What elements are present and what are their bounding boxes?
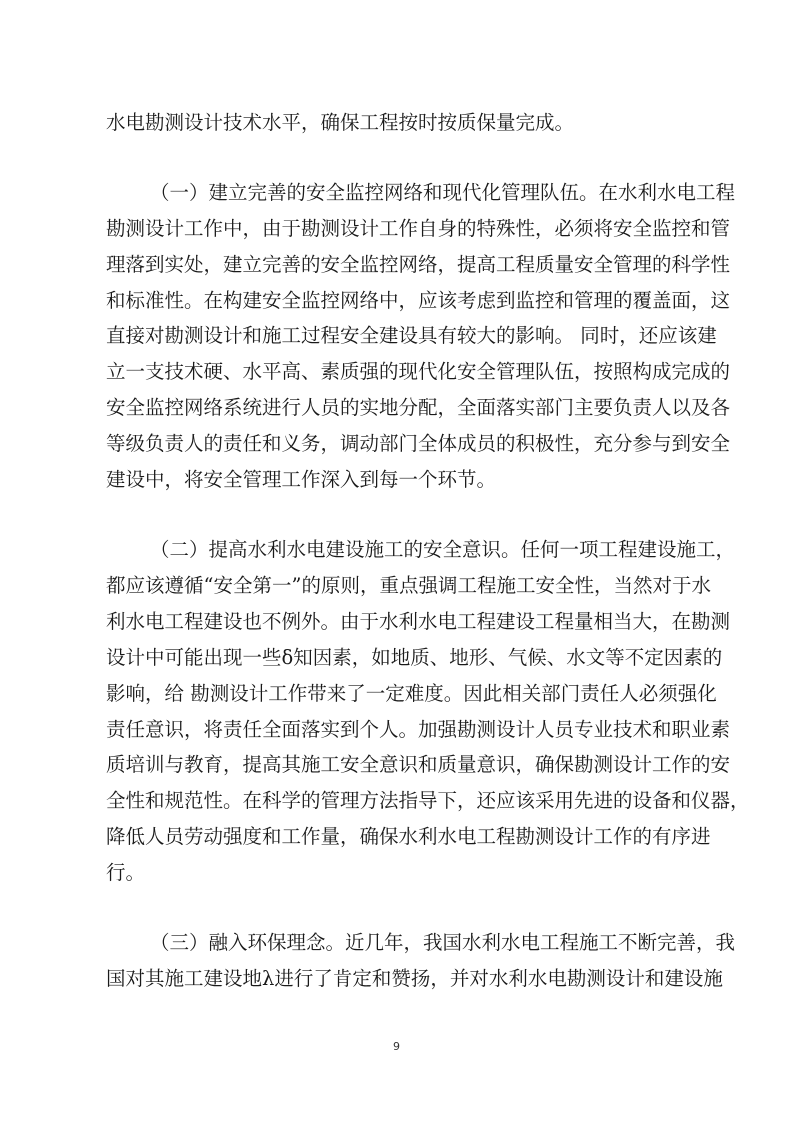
- paragraph-line: 利水电工程建设也不例外。由于水利水电工程建设工程量相当大，在勘测: [106, 604, 692, 640]
- paragraph-line: 立一支技术硬、水平高、素质强的现代化安全管理队伍，按照构成完成的: [106, 354, 692, 390]
- paragraph-first-line: （一）建立完善的安全监控网络和现代化管理队伍。在水利水电工程: [106, 175, 692, 211]
- paragraph-line: 设计中可能出现一些δ知因素，如地质、地形、气候、水文等不定因素的: [106, 640, 692, 676]
- paragraph-line: 降低人员劳动强度和工作量，确保水利水电工程勘测设计工作的有序进: [106, 819, 692, 855]
- paragraph-line: 建设中，将安全管理工作深入到每一个环节。: [106, 462, 692, 498]
- paragraph-first-line: （三）融入环保理念。近几年，我国水利水电工程施工不断完善，我: [106, 925, 692, 961]
- paragraph-line: 安全监控网络系统进行人员的实地分配，全面落实部门主要负责人以及各: [106, 390, 692, 426]
- paragraph-line: 影响，给 勘测设计工作带来了一定难度。因此相关部门责任人必须强化: [106, 676, 692, 712]
- paragraph-line: 责任意识，将责任全面落实到个人。加强勘测设计人员专业技术和职业素: [106, 712, 692, 748]
- paragraph-line: 都应该遵循“安全第一”的原则，重点强调工程施工安全性，当然对于水: [106, 568, 692, 604]
- paragraph-line: 行。: [106, 855, 692, 891]
- paragraph-first-line: （二）提高水利水电建设施工的安全意识。任何一项工程建设施工，: [106, 532, 692, 568]
- paragraph-line: 全性和规范性。在科学的管理方法指导下，还应该采用先进的设备和仪器，: [106, 783, 692, 819]
- paragraph-line: 等级负责人的责任和义务，调动部门全体成员的积极性，充分参与到安全: [106, 426, 692, 462]
- page-number: 9: [0, 1040, 793, 1053]
- paragraph-line: 直接对勘测设计和施工过程安全建设具有较大的影响。 同时，还应该建: [106, 318, 692, 354]
- paragraph-line: 水电勘测设计技术水平，确保工程按时按质保量完成。: [106, 105, 692, 141]
- paragraph-line: 国对其施工建设地λ进行了肯定和赞扬，并对水利水电勘测设计和建设施: [106, 961, 692, 997]
- paragraph-line: 勘测设计工作中，由于勘测设计工作自身的特殊性，必须将安全监控和管: [106, 211, 692, 247]
- paragraph-line: 理落到实处，建立完善的安全监控网络，提高工程质量安全管理的科学性: [106, 247, 692, 283]
- document-page: 水电勘测设计技术水平，确保工程按时按质保量完成。（一）建立完善的安全监控网络和现…: [0, 0, 793, 1122]
- paragraph-line: 质培训与教育，提高其施工安全意识和质量意识，确保勘测设计工作的安: [106, 747, 692, 783]
- paragraph-line: 和标准性。在构建安全监控网络中，应该考虑到监控和管理的覆盖面，这: [106, 283, 692, 319]
